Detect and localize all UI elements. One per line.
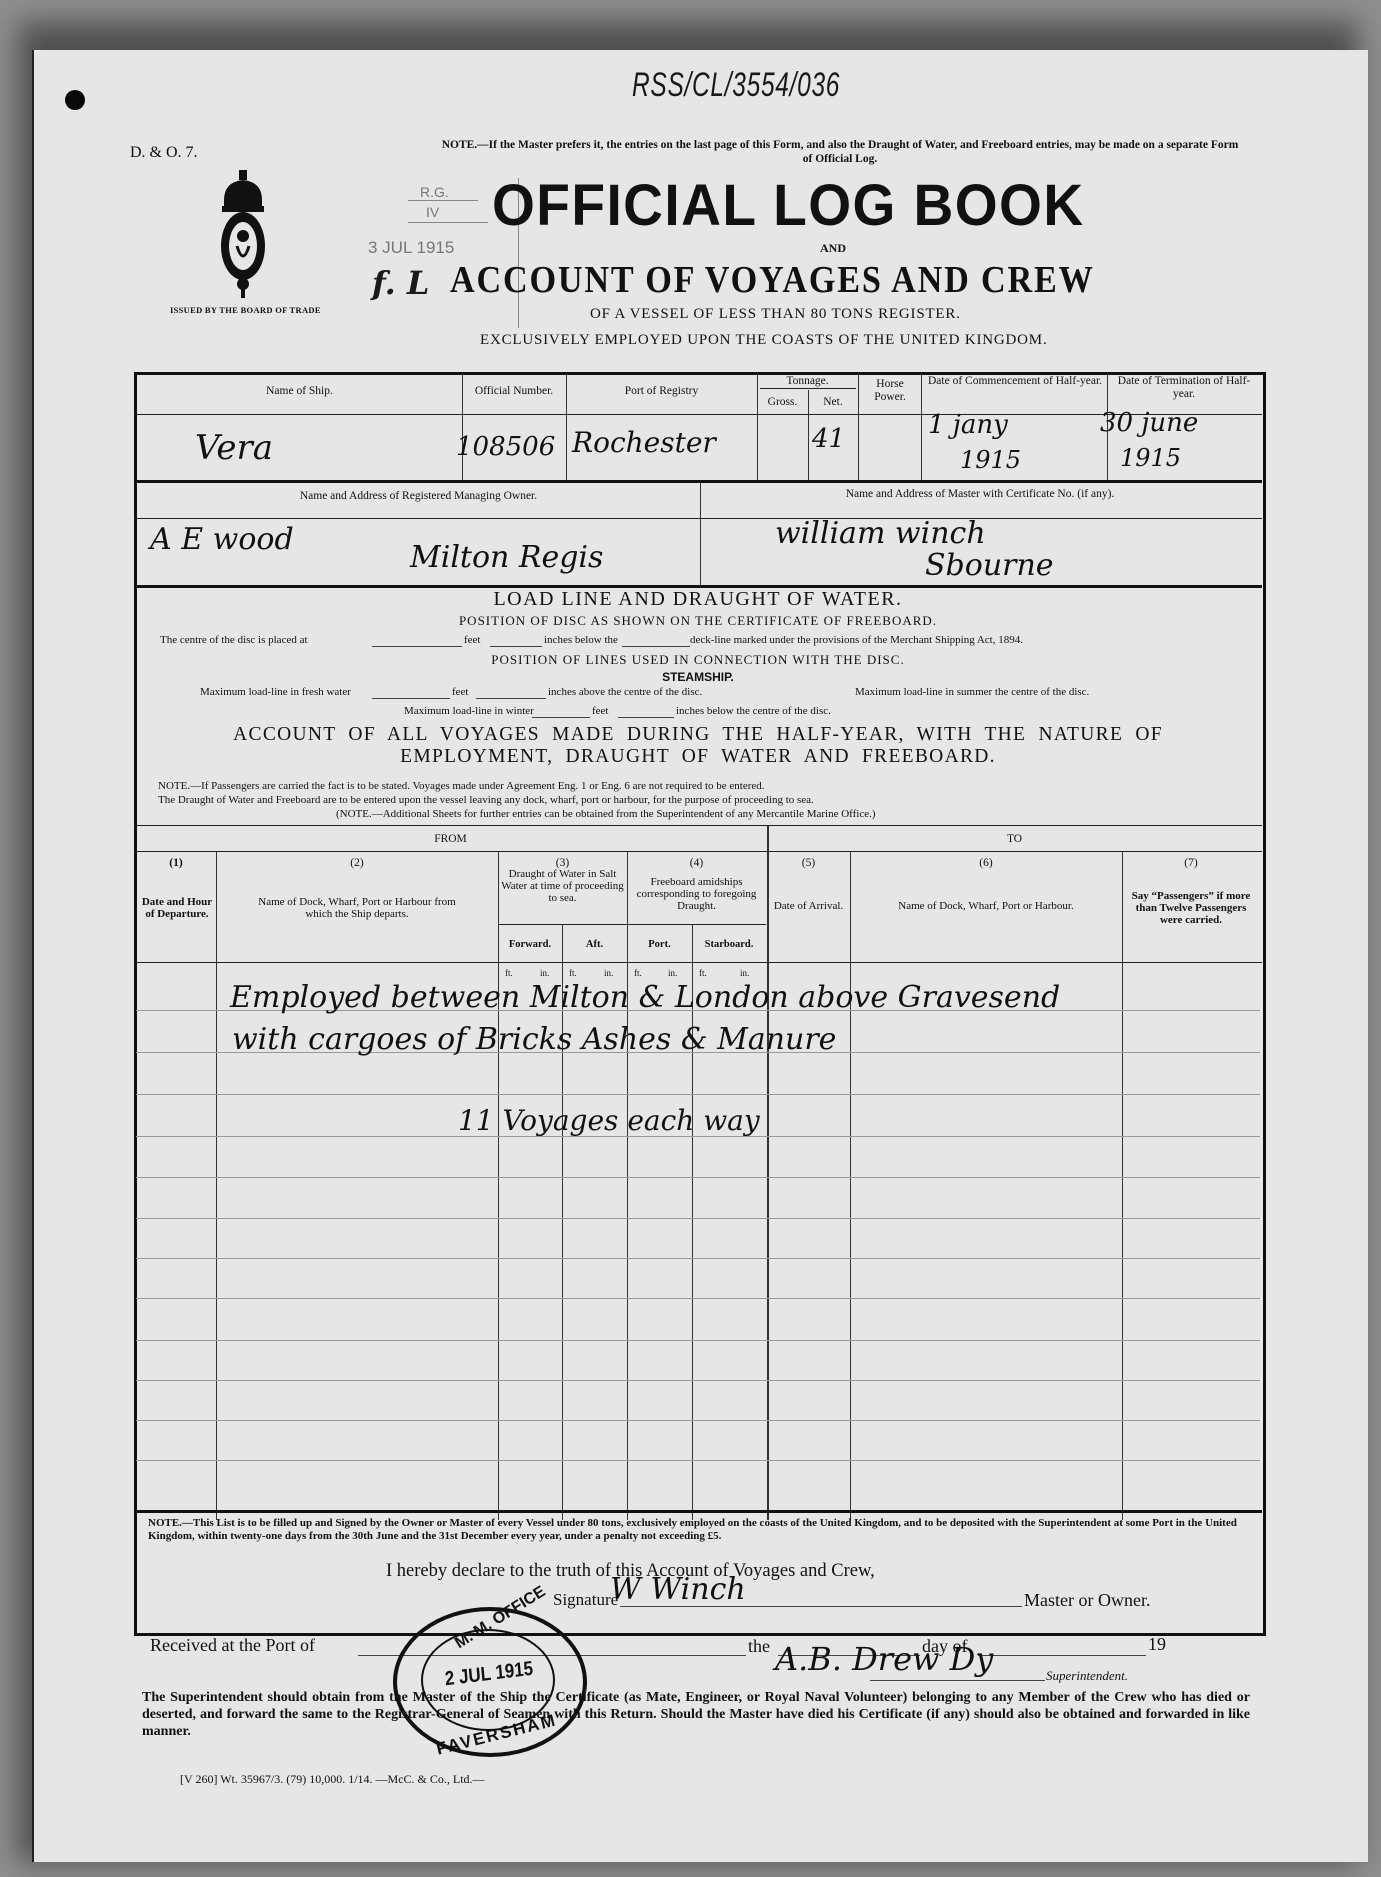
crest-caption: ISSUED BY THE BOARD OF TRADE bbox=[170, 305, 321, 315]
col4-label: Freeboard amidships corresponding to for… bbox=[629, 876, 764, 912]
disc-text-3: inches below the bbox=[544, 634, 618, 646]
lines-heading: POSITION OF LINES USED IN CONNECTION WIT… bbox=[134, 652, 1262, 668]
subcol-aft: Aft. bbox=[562, 938, 627, 952]
disc-heading: POSITION OF DISC AS SHOWN ON THE CERTIFI… bbox=[134, 613, 1262, 629]
top-note: NOTE.—If the Master prefers it, the entr… bbox=[440, 138, 1240, 166]
col4-number: (4) bbox=[627, 856, 766, 870]
voyage-entry-line3: 11 Voyages each way bbox=[458, 1104, 760, 1137]
disc-text-1: The centre of the disc is placed at bbox=[160, 634, 308, 646]
net-tonnage-value: 41 bbox=[812, 424, 845, 454]
role-label: Master or Owner. bbox=[1024, 1590, 1150, 1611]
master-address-value: Sbourne bbox=[925, 548, 1054, 583]
from-label: FROM bbox=[134, 832, 767, 846]
unit-ft: ft. bbox=[505, 968, 513, 978]
year-prefix: 19 bbox=[1148, 1634, 1166, 1655]
commencement-year-value: 1915 bbox=[960, 446, 1021, 474]
col6-label: Name of Dock, Wharf, Port or Harbour. bbox=[880, 900, 1092, 912]
col5-number: (5) bbox=[767, 856, 850, 870]
subcol-starboard: Starboard. bbox=[692, 938, 766, 952]
document-title: OFFICIAL LOG BOOK bbox=[492, 172, 1085, 239]
owner-name-value: A E wood bbox=[150, 522, 294, 557]
exclusive-employment-line: EXCLUSIVELY EMPLOYED UPON THE COASTS OF … bbox=[480, 332, 1048, 349]
load-line-heading: LOAD LINE AND DRAUGHT OF WATER. bbox=[134, 588, 1262, 611]
steamship-label: STEAMSHIP. bbox=[134, 670, 1262, 684]
col2-number: (2) bbox=[216, 856, 498, 870]
subcol-forward: Forward. bbox=[498, 938, 562, 952]
disc-text-2: feet bbox=[464, 634, 480, 646]
ship-name-value: Vera bbox=[195, 428, 273, 468]
stamp-line1: R.G. bbox=[420, 184, 449, 200]
col7-label: Say “Passengers” if more than Twelve Pas… bbox=[1124, 890, 1258, 926]
col3-label: Draught of Water in Salt Water at time o… bbox=[500, 868, 625, 904]
voyages-note-3: (NOTE.—Additional Sheets for further ent… bbox=[336, 808, 876, 820]
col6-number: (6) bbox=[850, 856, 1122, 870]
unit-in: in. bbox=[604, 968, 613, 978]
master-signature: W Winch bbox=[610, 1572, 746, 1607]
archive-reference: RSS/CL/3554/036 bbox=[632, 66, 840, 105]
header-commencement: Date of Commencement of Half-year. bbox=[926, 375, 1104, 388]
unit-in: in. bbox=[740, 968, 749, 978]
header-net: Net. bbox=[808, 396, 858, 409]
summer-text: Maximum load-line in summer the centre o… bbox=[855, 686, 1089, 698]
owner-header: Name and Address of Registered Managing … bbox=[137, 490, 700, 503]
voyages-heading-1: ACCOUNT OF ALL VOYAGES MADE DURING THE H… bbox=[134, 724, 1262, 746]
header-port-registry: Port of Registry bbox=[566, 385, 757, 398]
punch-hole bbox=[65, 90, 85, 110]
col7-number: (7) bbox=[1122, 856, 1260, 870]
document-subtitle: ACCOUNT OF VOYAGES AND CREW bbox=[450, 258, 1095, 302]
winter-text-2: feet bbox=[592, 705, 608, 717]
header-termination: Date of Termination of Half-year. bbox=[1110, 375, 1258, 401]
handwritten-prefix: f. L bbox=[372, 264, 429, 302]
title-and: AND bbox=[820, 241, 846, 256]
fresh-water-text-3: inches above the centre of the disc. bbox=[548, 686, 702, 698]
col5-label: Date of Arrival. bbox=[770, 900, 847, 912]
unit-ft: ft. bbox=[634, 968, 642, 978]
owner-address-value: Milton Regis bbox=[410, 540, 603, 575]
port-registry-value: Rochester bbox=[572, 426, 716, 459]
disc-text-4: deck-line marked under the provisions of… bbox=[690, 634, 1023, 646]
header-horse-power: Horse Power. bbox=[864, 378, 916, 404]
vessel-class-line: OF A VESSEL OF LESS THAN 80 TONS REGISTE… bbox=[590, 306, 961, 323]
printer-info: [V 260] Wt. 35967/3. (79) 10,000. 1/14. … bbox=[180, 1772, 485, 1787]
declaration-note: NOTE.—This List is to be filled up and S… bbox=[148, 1517, 1258, 1543]
subcol-port: Port. bbox=[627, 938, 692, 952]
received-port-label: Received at the Port of bbox=[150, 1635, 315, 1656]
voyage-entry-line2: with cargoes of Bricks Ashes & Manure bbox=[232, 1022, 836, 1057]
form-code: D. & O. 7. bbox=[130, 144, 198, 162]
master-name-value: william winch bbox=[775, 516, 986, 551]
header-tonnage: Tonnage. bbox=[757, 375, 858, 388]
fresh-water-text-2: feet bbox=[452, 686, 468, 698]
stamp-line2: IV bbox=[426, 204, 439, 220]
winter-text-1: Maximum load-line in winter bbox=[404, 705, 534, 717]
unit-ft: ft. bbox=[699, 968, 707, 978]
unit-in: in. bbox=[668, 968, 677, 978]
the-label: the bbox=[748, 1636, 770, 1657]
official-number-value: 108506 bbox=[456, 432, 555, 462]
termination-year-value: 1915 bbox=[1120, 444, 1181, 472]
col2-label: Name of Dock, Wharf, Port or Harbour fro… bbox=[250, 896, 464, 920]
to-label: TO bbox=[767, 832, 1262, 846]
royal-crest-icon bbox=[218, 170, 268, 298]
header-official-number: Official Number. bbox=[462, 385, 566, 398]
superintendent-instructions: The Superintendent should obtain from th… bbox=[142, 1689, 1250, 1740]
voyages-note-1: NOTE.—If Passengers are carried the fact… bbox=[158, 780, 765, 792]
col1-label: Date and Hour of Departure. bbox=[140, 896, 214, 920]
superintendent-signature: A.B. Drew Dy bbox=[775, 1640, 993, 1678]
voyages-note-2: The Draught of Water and Freeboard are t… bbox=[158, 794, 814, 806]
fresh-water-text-1: Maximum load-line in fresh water bbox=[200, 686, 351, 698]
stamp-date: 3 JUL 1915 bbox=[368, 238, 454, 258]
superintendent-label: Superintendent. bbox=[1046, 1668, 1128, 1684]
master-header: Name and Address of Master with Certific… bbox=[700, 488, 1260, 501]
voyages-heading-2: EMPLOYMENT, DRAUGHT OF WATER AND FREEBOA… bbox=[134, 746, 1262, 768]
header-gross: Gross. bbox=[757, 396, 808, 409]
unit-in: in. bbox=[540, 968, 549, 978]
header-ship-name: Name of Ship. bbox=[137, 385, 462, 398]
col1-number: (1) bbox=[136, 856, 216, 870]
voyage-entry-line1: Employed between Milton & London above G… bbox=[230, 980, 1060, 1015]
unit-ft: ft. bbox=[569, 968, 577, 978]
termination-day-value: 30 june bbox=[1100, 408, 1198, 438]
winter-text-3: inches below the centre of the disc. bbox=[676, 705, 831, 717]
commencement-day-value: 1 jany bbox=[928, 410, 1008, 440]
